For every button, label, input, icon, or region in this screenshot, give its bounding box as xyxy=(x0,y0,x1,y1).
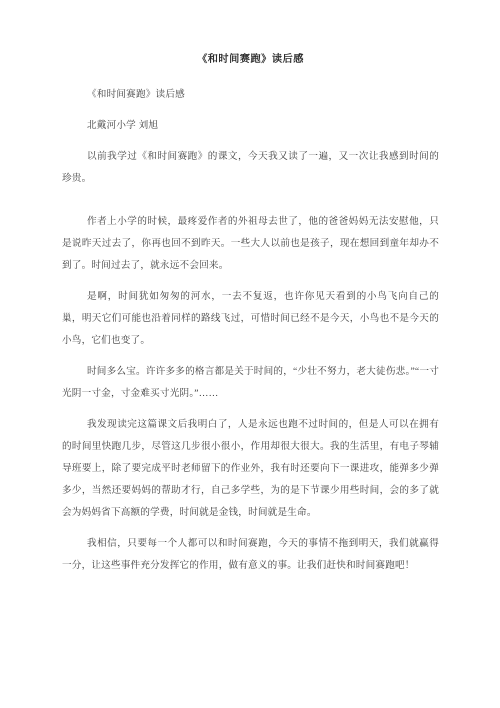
paragraph-intro: 以前我学过《和时间赛跑》的课文，今天我又读了一遍，又一次让我感到时间的珍贵。 xyxy=(62,146,439,190)
paragraph-subtitle: 《和时间赛跑》读后感 xyxy=(62,84,439,106)
paragraph-byline: 北戴河小学 刘旭 xyxy=(62,115,439,137)
paragraph-body-3: 时间多么宝。许许多多的格言都是关于时间的，“少壮不努力，老大徒伤悲。”“一寸光阴… xyxy=(62,361,439,405)
document-title: 《和时间赛跑》读后感 xyxy=(62,49,439,71)
paragraph-body-4: 我发现读完这篇课文后我明白了，人是永远也跑不过时间的，但是人可以在拥有的时间里快… xyxy=(62,414,439,524)
paragraph-body-1: 作者上小学的时候，最疼爱作者的外祖母去世了，他的爸爸妈妈无法安慰他，只是说昨天过… xyxy=(62,211,439,277)
paragraph-body-5: 我相信，只要每一个人都可以和时间赛跑，今天的事情不拖到明天，我们就赢得一分，让这… xyxy=(62,533,439,577)
document-page: 《和时间赛跑》读后感 《和时间赛跑》读后感 北戴河小学 刘旭 以前我学过《和时间… xyxy=(0,0,500,708)
paragraph-body-2: 是啊，时间犹如匆匆的河水，一去不复返，也许你见天看到的小鸟飞向自己的巢，明天它们… xyxy=(62,286,439,352)
